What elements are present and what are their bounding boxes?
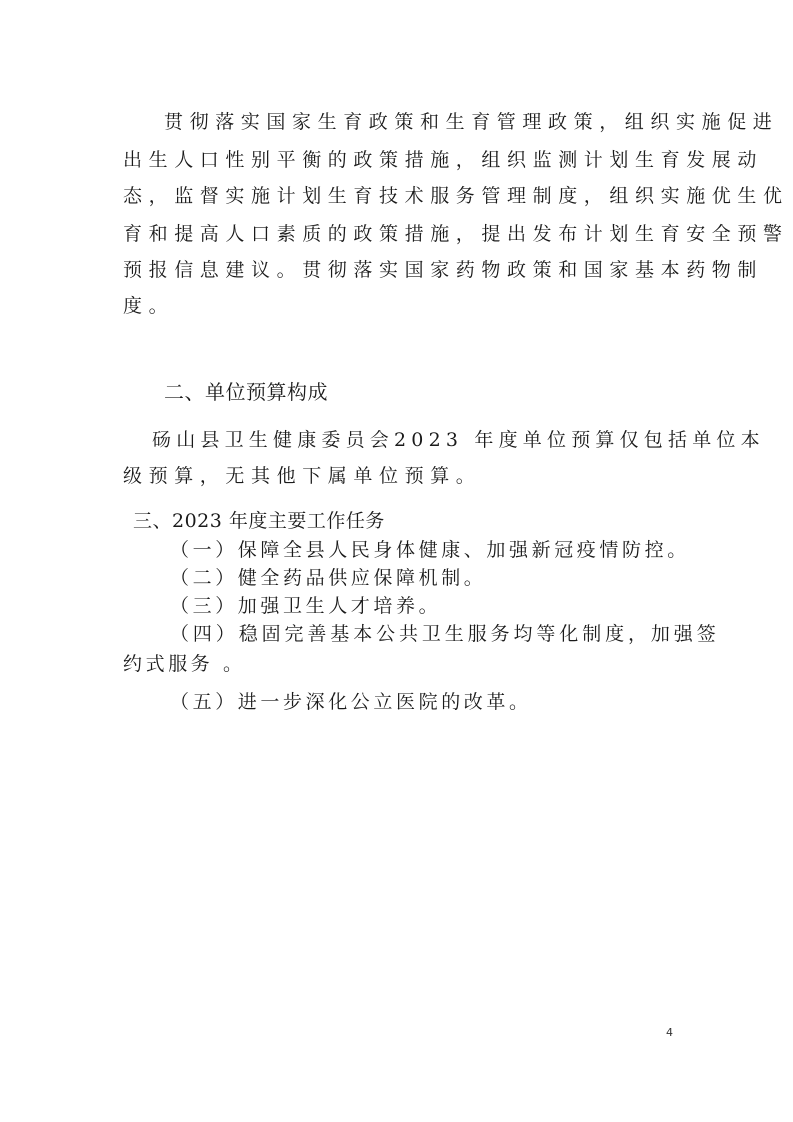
task-item-4-continued: 约式服务 。: [123, 652, 246, 676]
paragraph-1-line-1: 贯彻落实国家生育政策和生育管理政策，组织实施促进: [164, 110, 778, 134]
section-3-heading: 三、2023 年度主要工作任务: [133, 508, 385, 534]
paragraph-1-line-5: 预报信息建议。贯彻落实国家药物政策和国家基本药物制: [123, 258, 763, 282]
task-item-3: （三）加强卫生人才培养。: [170, 594, 441, 618]
paragraph-1-line-4: 育和提高人口素质的政策措施，提出发布计划生育安全预警: [123, 222, 789, 246]
task-item-5: （五）进一步深化公立医院的改革。: [170, 690, 532, 714]
section-2-line-1: 砀山县卫生健康委员会2023 年度单位预算仅包括单位本: [152, 428, 765, 452]
document-page: 贯彻落实国家生育政策和生育管理政策，组织实施促进 出生人口性别平衡的政策措施，组…: [0, 0, 793, 1122]
paragraph-1-line-3: 态，监督实施计划生育技术服务管理制度，组织实施优生优: [123, 184, 789, 208]
section-2-heading: 二、单位预算构成: [164, 379, 328, 405]
task-item-4: （四）稳固完善基本公共卫生服务均等化制度，加强签: [170, 622, 720, 646]
section-2-line-2: 级预算，无其他下属单位预算。: [123, 464, 481, 488]
task-item-1: （一）保障全县人民身体健康、加强新冠疫情防控。: [170, 538, 690, 562]
page-number: 4: [666, 1026, 673, 1039]
paragraph-1-line-6: 度。: [123, 294, 174, 318]
task-item-2: （二）健全药品供应保障机制。: [170, 566, 486, 590]
paragraph-1-line-2: 出生人口性别平衡的政策措施，组织监测计划生育发展动: [123, 148, 763, 172]
